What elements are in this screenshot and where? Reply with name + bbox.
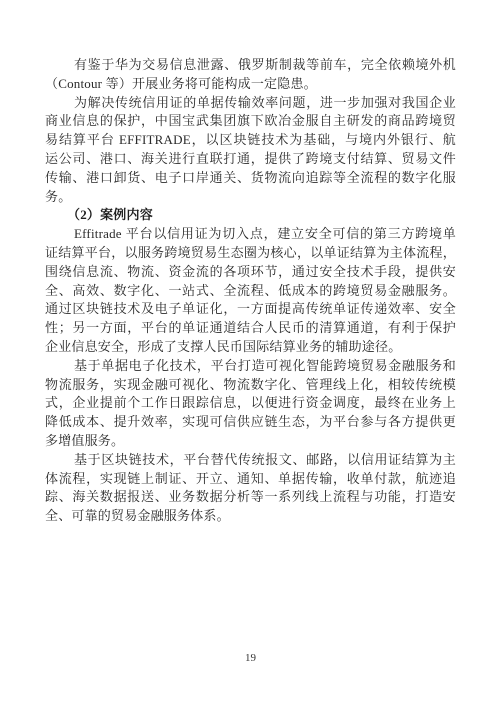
text-line: 基于单据电子化技术，平台打造可视化智能跨境贸易金融服务和: [45, 357, 456, 376]
text-line: 有鉴于华为交易信息泄露、俄罗斯制裁等前车，完全依赖境外机构: [45, 56, 456, 75]
text-line: 传输、港口卸货、电子口岸通关、货物流向追踪等全流程的数字化服: [45, 169, 456, 188]
text-line: 降低成本、提升效率，实现可信供应链生态，为平台参与各方提供更: [45, 413, 456, 432]
text-line: 踪、海关数据报送、业务数据分析等一系列线上流程与功能，打造安: [45, 488, 456, 507]
text-line: 基于区块链技术，平台替代传统报文、邮路，以信用证结算为主: [45, 451, 456, 470]
text-line: （Contour 等）开展业务将可能构成一定隐患。: [45, 75, 456, 94]
text-line: 企业信息安全，形成了支撑人民币国际结算业务的辅助途径。: [45, 338, 456, 357]
text-line: 性；另一方面，平台的单证通道结合人民币的清算通道，有利于保护: [45, 319, 456, 338]
document-page: 有鉴于华为交易信息泄露、俄罗斯制裁等前车，完全依赖境外机构（Contour 等）…: [0, 0, 500, 707]
text-line: 多增值服务。: [45, 432, 456, 451]
page-number: 19: [45, 651, 456, 665]
text-line: 务。: [45, 188, 456, 207]
text-line: 全、可靠的贸易金融服务体系。: [45, 507, 456, 526]
text-line: 围绕信息流、物流、资金流的各项环节，通过安全技术手段，提供安: [45, 263, 456, 282]
section-heading: （2）案例内容: [45, 206, 456, 225]
text-line: 通过区块链技术及电子单证化，一方面提高传统单证传递效率、安全: [45, 300, 456, 319]
text-line: 商业信息的保护，中国宝武集团旗下欧冶金服自主研发的商品跨境贸: [45, 112, 456, 131]
text-line: 运公司、港口、海关进行直联打通，提供了跨境支付结算、贸易文件: [45, 150, 456, 169]
text-line: Effitrade 平台以信用证为切入点，建立安全可信的第三方跨境单: [45, 225, 456, 244]
document-text-block: 有鉴于华为交易信息泄露、俄罗斯制裁等前车，完全依赖境外机构（Contour 等）…: [45, 56, 456, 526]
text-line: 式，企业提前个工作日跟踪信息，以便进行资金调度，最终在业务上: [45, 394, 456, 413]
text-line: 为解决传统信用证的单据传输效率问题，进一步加强对我国企业: [45, 94, 456, 113]
text-line: 物流服务，实现金融可视化、物流数字化、管理线上化，相较传统模: [45, 376, 456, 395]
text-line: 体流程，实现链上制证、开立、通知、单据传输，收单付款，航迹追: [45, 470, 456, 489]
text-line: 全、高效、数字化、一站式、全流程、低成本的跨境贸易金融服务。: [45, 282, 456, 301]
text-line: 易结算平台 EFFITRADE，以区块链技术为基础，与境内外银行、航: [45, 131, 456, 150]
text-line: 证结算平台，以服务跨境贸易生态圈为核心，以单证结算为主体流程，: [45, 244, 456, 263]
